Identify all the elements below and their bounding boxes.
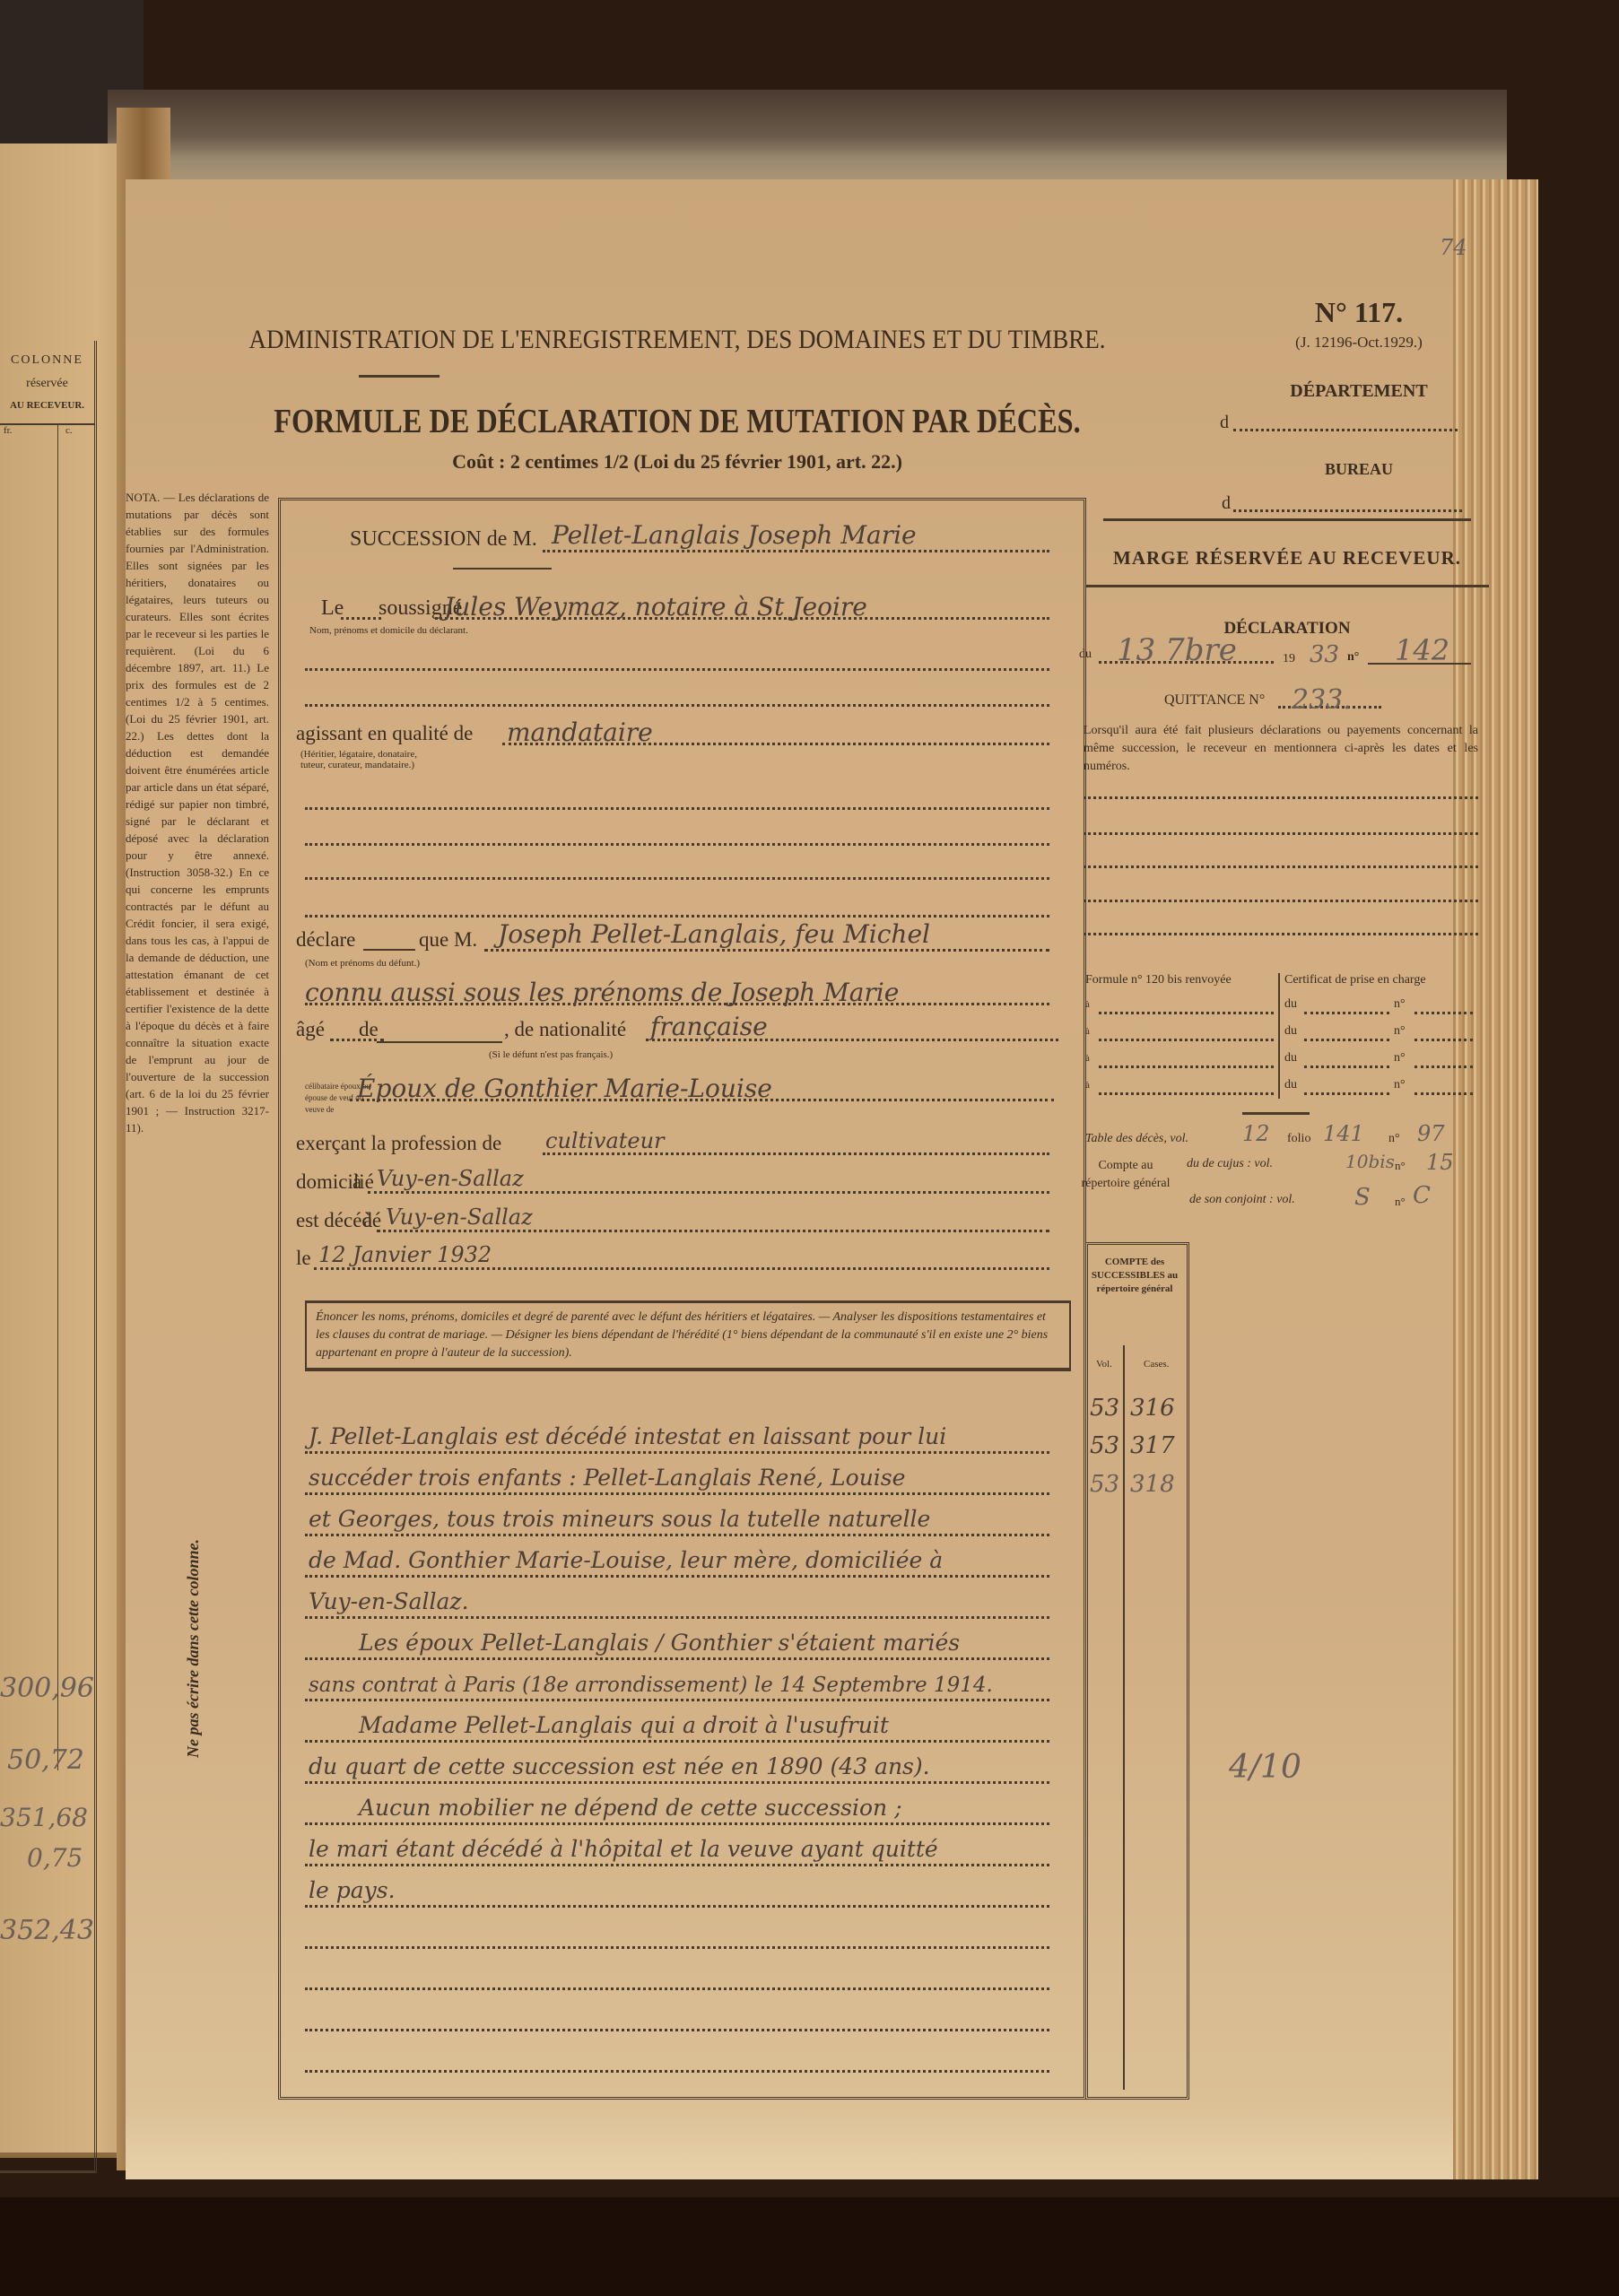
ornament-divider-2 [453,568,552,570]
quittance-number[interactable]: 233. [1292,684,1352,716]
numero-label: n° [1347,650,1359,665]
cert-n: n° [1394,997,1406,1012]
formule-row-a: à [1085,1080,1090,1091]
deces-a: à [363,1209,372,1232]
body-line: Les époux Pellet-Langlais / Gonthier s'é… [359,1630,960,1656]
ornament-divider-3 [1103,518,1471,521]
ornament-divider-4 [1085,585,1489,587]
successible-vol: 53 [1090,1471,1119,1498]
successible-vol: 53 [1090,1395,1119,1422]
qualite[interactable]: mandataire [507,717,653,747]
body-line: Aucun mobilier ne dépend de cette succes… [359,1795,902,1821]
formule-row-a: à [1085,1053,1090,1064]
table-deces-vol[interactable]: 12 [1242,1121,1270,1146]
form-reference: (J. 12196-Oct.1929.) [1229,334,1489,352]
administration-title: ADMINISTRATION DE L'ENREGISTREMENT, DES … [213,325,1142,355]
bureau-label: BUREAU [1229,460,1489,479]
body-line: J. Pellet-Langlais est décédé intestat e… [309,1423,946,1449]
succession-label: SUCCESSION de M. [350,527,537,552]
successible-case: 316 [1130,1395,1175,1422]
cert-du: du [1284,1078,1297,1091]
col-vol: Vol. [1096,1359,1112,1370]
formule-rows: à à à à [1085,996,1278,1103]
age-field[interactable] [377,1041,502,1043]
date-label: le [296,1247,311,1270]
quittance-label: QUITTANCE N° [1164,692,1265,709]
compte-frame [1085,1242,1189,2100]
blank-line [305,807,1049,810]
cert-du: du [1284,997,1297,1011]
col-fr: fr. [0,425,57,1770]
annotation: 4/10 [1229,1749,1301,1786]
blank-line [305,877,1049,880]
defunt-name[interactable]: Joseph Pellet-Langlais, feu Michel [498,919,930,949]
succession-underline [543,550,1049,552]
formule-row-a: à [1085,1026,1090,1037]
amount-total: 352,43 [0,1915,94,1946]
body-line: Madame Pellet-Langlais qui a droit à l'u… [359,1712,889,1738]
certificat-rows: dun° dun° dun° dun° [1284,997,1482,1105]
formule-row-a: à [1085,999,1090,1010]
declarant[interactable]: Jules Weymaz, notaire à St Jeoire [444,592,867,622]
body-line: de Mad. Gonthier Marie-Louise, leur mère… [309,1547,943,1573]
ornament-divider [359,375,440,378]
cert-du: du [1284,1024,1297,1038]
succession-name[interactable]: Pellet-Langlais Joseph Marie [552,520,917,550]
nationalite-label: , de nationalité [504,1018,626,1041]
de-label: de [359,1018,379,1041]
amount-4: 0,75 [27,1843,83,1873]
blank-line [1084,865,1478,868]
col-cases: Cases. [1144,1359,1169,1370]
folio-label: folio [1287,1132,1310,1146]
amount-3: 351,68 [0,1803,88,1832]
formule-label: Formule n° 120 bis renvoyée [1085,973,1232,987]
body-line: sans contrat à Paris (18e arrondissement… [309,1674,993,1697]
domicile[interactable]: Vuy-en-Sallaz [377,1166,524,1191]
declare-underline [363,949,415,951]
background-dark-bottom [0,2197,1619,2296]
deces-lieu[interactable]: Vuy-en-Sallaz [386,1205,533,1230]
conjoint-label: de son conjoint : vol. [1189,1193,1295,1207]
defunt-line2[interactable]: connu aussi sous les prénoms de Joseph M… [305,978,899,1007]
de-cujus-vol[interactable]: 10bis [1345,1151,1395,1172]
form-number: N° 117. [1229,296,1489,329]
date-underline [314,1267,1049,1270]
de-cujus-label: du de cujus : vol. [1187,1157,1273,1171]
year-suffix[interactable]: 33 [1310,641,1339,668]
body-line: Vuy-en-Sallaz. [309,1588,469,1614]
colonne-header-2: réservée [0,377,94,391]
agissant-label: agissant en qualité de [296,722,473,745]
que-label: que M. [419,928,477,952]
successible-case: 317 [1130,1432,1175,1459]
amount-header: fr. c. [0,423,94,1770]
body-line: et Georges, tous trois mineurs sous la t… [309,1506,930,1532]
blank-line [1084,832,1478,835]
blank-line [1084,933,1478,935]
conjoint[interactable]: Époux de Gonthier Marie-Louise [357,1074,772,1103]
nationalite-hint: (Si le défunt n'est pas français.) [489,1049,613,1060]
le-underline [341,617,381,620]
profession[interactable]: cultivateur [545,1128,665,1153]
page-number: 74 [1440,235,1467,260]
receveur-column: COLONNE réservée AU RECEVEUR. fr. c. [0,341,97,2173]
body-text: J. Pellet-Langlais est décédé intestat e… [305,1413,1049,2073]
age-label: âgé [296,1018,325,1041]
year-prefix: 19 [1283,652,1295,666]
cert-n: n° [1394,1024,1406,1039]
formule-divider [1278,973,1280,1099]
blank-line [305,668,1049,671]
compte-successibles-title: COMPTE des SUCCESSIBLES au répertoire gé… [1090,1256,1179,1296]
deces-date[interactable]: 12 Janvier 1932 [318,1242,492,1267]
blank-line [305,843,1049,846]
receveur-note: Lorsqu'il aura été fait plusieurs déclar… [1084,722,1478,776]
col-c: c. [57,425,73,1770]
receveur-title: MARGE RÉSERVÉE AU RECEVEUR. [1085,547,1489,570]
declaration-date[interactable]: 13 7bre [1117,632,1237,668]
defunt-underline [484,949,1049,952]
defunt-hint: (Nom et prénoms du défunt.) [305,958,420,969]
body-line: succéder trois enfants : Pellet-Langlais… [309,1465,905,1491]
table-n-value[interactable]: 97 [1417,1121,1445,1146]
profession-label: exerçant la profession de [296,1132,501,1155]
instructions-box: Énoncer les noms, prénoms, domiciles et … [305,1300,1071,1371]
body-line: le mari étant décédé à l'hôpital et la v… [309,1836,938,1862]
conjoint-vol[interactable]: S [1354,1184,1371,1211]
successible-vol: 53 [1090,1432,1119,1459]
amount-1: 300,96 [0,1673,94,1704]
blank-line [1084,900,1478,902]
qualite-hint: (Héritier, légataire, donataire, tuteur,… [300,749,444,770]
table-n-label: n° [1388,1132,1400,1146]
conjoint-n-label: n° [1395,1195,1406,1209]
declare-label: déclare [296,928,355,952]
domicile-a: à [353,1170,361,1194]
amount-2: 50,72 [7,1744,84,1776]
certificat-label: Certificat de prise en charge [1284,973,1426,987]
blank-line [305,915,1049,918]
du-label: du [1079,648,1092,662]
successible-case: 318 [1130,1471,1175,1498]
table-deces-label: Table des décès, vol. [1085,1132,1188,1146]
page-stack-edge [1453,179,1538,2179]
domicile-label: domicilié [296,1170,374,1194]
compte-label: Compte au répertoire général [1081,1157,1171,1193]
declarant-hint: Nom, prénoms et domicile du déclarant. [309,625,468,636]
colonne-header-3: AU RECEVEUR. [0,400,94,411]
domicile-underline [368,1191,1049,1194]
colonne-header-1: COLONNE [0,353,94,368]
cert-n: n° [1394,1051,1406,1065]
cert-n: n° [1394,1078,1406,1092]
body-line: le pays. [309,1877,396,1903]
de-cujus-n-label: n° [1395,1159,1406,1173]
folio-value[interactable]: 141 [1323,1121,1364,1146]
blank-line [305,704,1049,707]
departement-field[interactable] [1233,429,1458,431]
deces-underline [377,1230,1049,1232]
cert-du: du [1284,1051,1297,1065]
nota-text: NOTA. — Les déclarations de mutations pa… [126,489,269,1136]
bureau-prefix: d [1222,493,1231,514]
departement-label: DÉPARTEMENT [1229,381,1489,402]
compte-divider [1123,1345,1125,2090]
conjoint-n[interactable]: C [1413,1182,1431,1209]
bureau-field[interactable] [1233,509,1462,512]
form-title: FORMULE DE DÉCLARATION DE MUTATION PAR D… [239,402,1116,441]
nationalite[interactable]: française [650,1012,768,1041]
divider-short [1242,1112,1310,1115]
departement-prefix: d [1220,413,1229,433]
vertical-note: Ne pas écrire dans cette colonne. [184,1453,203,1758]
de-cujus-n[interactable]: 15 [1426,1150,1454,1175]
blank-line [1084,796,1478,799]
declaration-number[interactable]: 142 [1395,633,1449,667]
form-cost: Coût : 2 centimes 1/2 (Loi du 25 février… [161,450,1193,474]
body-line: du quart de cette succession est née en … [309,1753,930,1779]
